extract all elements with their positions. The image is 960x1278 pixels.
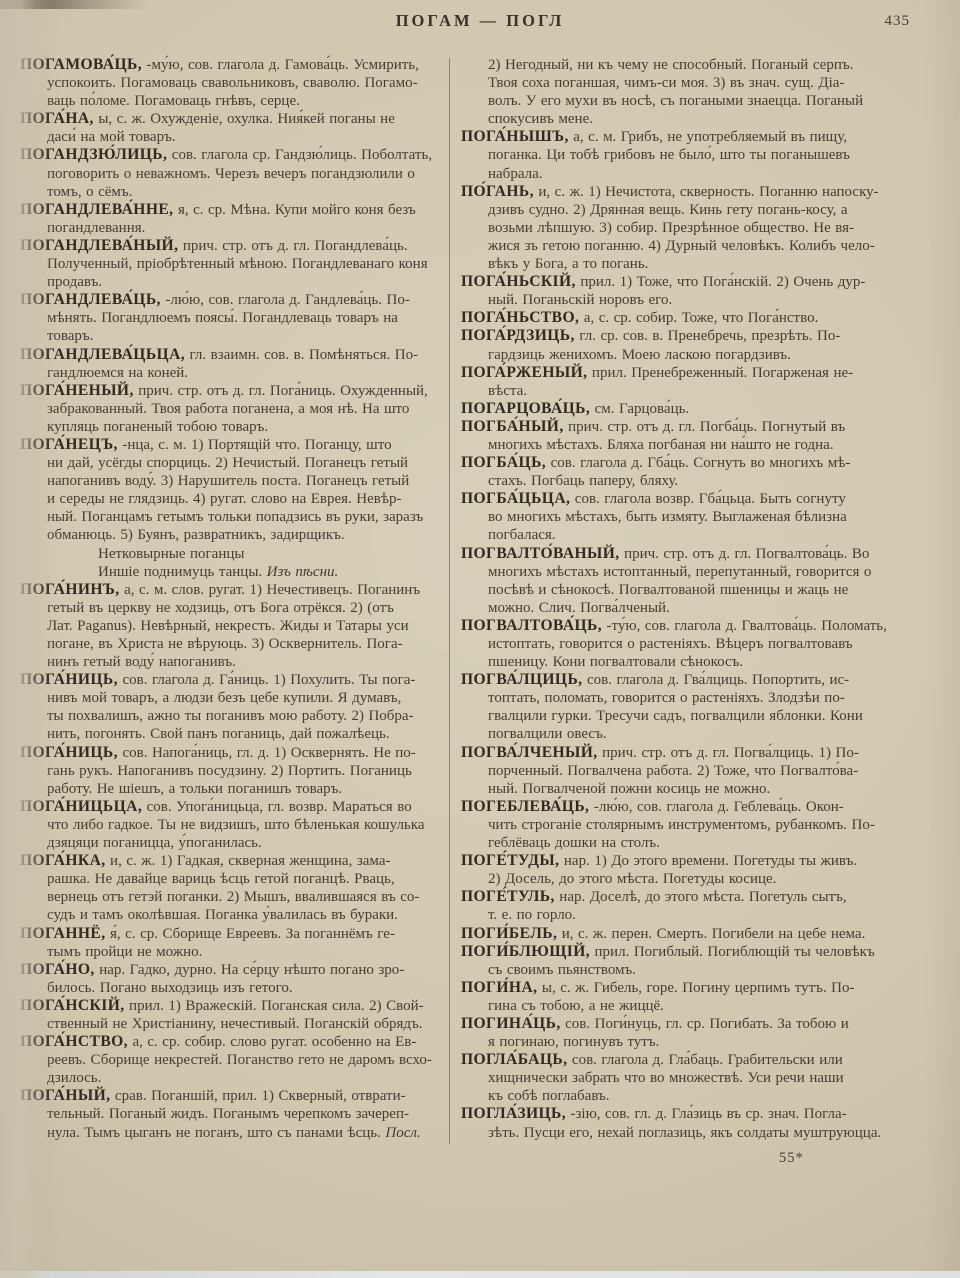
left-text-column: ПОГАМОВА́ЦЬ, -му́ю, сов. глагола д. Гамо… xyxy=(20,56,448,1142)
entry-headword: ПОГА́РДЗИЦЬ, xyxy=(461,327,575,344)
entry-headword: ПОГЕ́ТУЛЬ, xyxy=(461,888,555,905)
dictionary-entry: ПОГЕ́ТУЛЬ, нар. Доселѣ, до этого мѣста. … xyxy=(461,888,917,924)
dictionary-entry: ПОГА́РДЗИЦЬ, гл. ср. сов. в. Пренебречь,… xyxy=(461,327,917,363)
entry-headword: ПОГВАЛТО́ВАНЫЙ, xyxy=(461,545,620,562)
entry-headword: ПОГА́НЕНЫЙ, xyxy=(20,382,134,399)
entry-headword: ПОГБА́ЦЬЦА, xyxy=(461,490,570,507)
page-number: 435 xyxy=(885,13,911,30)
entry-headword: ПОГАНДЛЕВА́ЦЬЦА, xyxy=(20,346,185,363)
entry-headword: ПОГА́НСТВО, xyxy=(20,1033,128,1050)
entry-headword: ПОГВАЛТОВА́ЦЬ, xyxy=(461,617,602,634)
dictionary-entry: ПОГВА́ЛЦИЦЬ, сов. глагола д. Гва́лциць. … xyxy=(461,671,917,743)
dictionary-entry: ПОГЕ́ТУДЫ, нар. 1) До этого времени. Пог… xyxy=(461,852,917,888)
dictionary-entry: ПОГЕБЛЕВА́ЦЬ, -лю́ю, сов. глагола д. Геб… xyxy=(461,798,917,852)
verse-line: Иншіе поднимуць танцы. Изъ пѣсни. xyxy=(20,563,448,581)
verse-source: Изъ пѣсни. xyxy=(267,564,339,580)
dictionary-entry: ПОГИ́НА, ы, с. ж. Гибель, горе. Погину ц… xyxy=(461,979,917,1015)
right-text-column: 2) Негодный, ни къ чему не способный. По… xyxy=(461,56,917,1142)
scanned-dictionary-page: ПОГАМ — ПОГЛ 435 ПОГАМОВА́ЦЬ, -му́ю, сов… xyxy=(0,0,960,1278)
entry-headword: ПОГАРЦОВА́ЦЬ, xyxy=(461,400,590,417)
source-label: Посл. xyxy=(385,1125,420,1141)
entry-headword: ПОГА́НА, xyxy=(20,110,94,127)
entry-headword: ПОГА́РЖЕНЫЙ, xyxy=(461,364,587,381)
entry-headword: ПОГА́НИНЪ, xyxy=(20,581,120,598)
entry-headword: ПО́ГАНЬ, xyxy=(461,183,534,200)
entry-headword: ПОГАНДЛЕВА́ННЕ, xyxy=(20,201,173,218)
dictionary-entry: ПОГА́НЕЦЪ, -нца, с. м. 1) Портящій что. … xyxy=(20,436,448,545)
scan-bottom-edge xyxy=(0,1271,960,1278)
dictionary-entry: ПОГАНДЛЕВА́ННЕ, я, с. ср. Мѣна. Купи мой… xyxy=(20,201,448,237)
dictionary-entry: ПОГИ́БЛЮЩІЙ, прил. Погиблый. Погиблющій … xyxy=(461,943,917,979)
dictionary-entry: ПОГА́НИЦЬЦА, сов. Упога́ницьца, гл. возв… xyxy=(20,798,448,852)
scan-corner-shadow xyxy=(0,0,150,9)
dictionary-entry: ПОГЛА́БАЦЬ, сов. глагола д. Гла́баць. Гр… xyxy=(461,1051,917,1105)
entry-headword: ПОГА́НЕЦЪ, xyxy=(20,436,118,453)
entry-headword: ПОГА́НЫЙ, xyxy=(20,1087,110,1104)
entry-headword: ПОГА́НИЦЬ, xyxy=(20,671,118,688)
entry-headword: ПОГВА́ЛЧЕНЫЙ, xyxy=(461,744,598,761)
entry-headword: ПОГВА́ЛЦИЦЬ, xyxy=(461,671,582,688)
verse-line: Нетковырные поганцы xyxy=(20,545,448,563)
printer-signature-mark: 55* xyxy=(779,1150,804,1167)
dictionary-entry: ПОГА́НЕНЫЙ, прич. стр. отъ д. гл. Пога́н… xyxy=(20,382,448,436)
dictionary-entry: ПОГАНДЗЮ́ЛИЦЬ, сов. глагола ср. Гандзю́л… xyxy=(20,146,448,200)
entry-headword: ПОГА́НИЦЬЦА, xyxy=(20,798,142,815)
dictionary-entry: ПОГА́НСКІЙ, прил. 1) Вражескій. Поганска… xyxy=(20,997,448,1033)
entry-headword: ПОГА́НЫШЪ, xyxy=(461,128,569,145)
entry-headword: ПОГЕ́ТУДЫ, xyxy=(461,852,559,869)
dictionary-entry: ПОГИНА́ЦЬ, сов. Поги́нуць, гл. ср. Погиб… xyxy=(461,1015,917,1051)
dictionary-entry: ПОГБА́НЫЙ, прич. стр. отъ д. гл. Погба́ц… xyxy=(461,418,917,454)
dictionary-entry: ПОГА́НИЦЬ, сов. глагола д. Га́ниць. 1) П… xyxy=(20,671,448,743)
entry-headword: ПОГИ́БЕЛЬ, xyxy=(461,925,557,942)
column-divider-rule xyxy=(449,58,450,1144)
dictionary-entry: ПОГВА́ЛЧЕНЫЙ, прич. стр. отъ д. гл. Погв… xyxy=(461,744,917,798)
entry-headword: ПОГБА́НЫЙ, xyxy=(461,418,564,435)
entry-headword: ПОГИНА́ЦЬ, xyxy=(461,1015,561,1032)
guide-words: ПОГАМ — ПОГЛ xyxy=(0,11,960,31)
dictionary-entry: ПОГВАЛТОВА́ЦЬ, -ту́ю, сов. глагола д. Гв… xyxy=(461,617,917,671)
running-head: ПОГАМ — ПОГЛ 435 xyxy=(0,11,960,35)
dictionary-entry: ПОГА́РЖЕНЫЙ, прил. Пренебреженный. Погар… xyxy=(461,364,917,400)
dictionary-entry: ПОГА́НЫЙ, срав. Поганшій, прил. 1) Сквер… xyxy=(20,1087,448,1141)
entry-headword: ПОГА́НКА, xyxy=(20,852,106,869)
entry-headword: ПОГБА́ЦЬ, xyxy=(461,454,546,471)
dictionary-entry: ПОГЛА́ЗИЦЬ, -зію, сов. гл. д. Гла́зиць в… xyxy=(461,1105,917,1141)
entry-headword: ПОГАНДЛЕВА́НЫЙ, xyxy=(20,237,178,254)
entry-headword: ПОГЛА́ЗИЦЬ, xyxy=(461,1105,566,1122)
entry-headword: ПОГИ́НА, xyxy=(461,979,537,996)
entry-headword: ПОГАНДЗЮ́ЛИЦЬ, xyxy=(20,146,167,163)
entry-headword: ПОГА́НО, xyxy=(20,961,95,978)
dictionary-entry: ПОГА́НИНЪ, а, с. м. слов. ругат. 1) Нече… xyxy=(20,581,448,671)
dictionary-entry: ПОГАРЦОВА́ЦЬ, см. Гарцова́ць. xyxy=(461,400,917,418)
entry-headword: ПОГА́НИЦЬ, xyxy=(20,744,118,761)
dictionary-entry: ПОГАНДЛЕВА́НЫЙ, прич. стр. отъ д. гл. По… xyxy=(20,237,448,291)
dictionary-entry: ПОГАНДЛЕВА́ЦЬ, -лю́ю, сов. глагола д. Га… xyxy=(20,291,448,345)
dictionary-entry: ПОГА́НИЦЬ, сов. Напога́ниць, гл. д. 1) О… xyxy=(20,744,448,798)
entry-headword: ПОГИ́БЛЮЩІЙ, xyxy=(461,943,590,960)
dictionary-entry: ПОГАННЁ, я́, с. ср. Сборище Евреевъ. За … xyxy=(20,925,448,961)
dictionary-entry: ПО́ГАНЬ, и, с. ж. 1) Нечистота, сквернос… xyxy=(461,183,917,273)
dictionary-entry: ПОГАМОВА́ЦЬ, -му́ю, сов. глагола д. Гамо… xyxy=(20,56,448,110)
dictionary-entry: ПОГА́НЬСКІЙ, прил. 1) Тоже, что Пога́нск… xyxy=(461,273,917,309)
dictionary-entry: ПОГВАЛТО́ВАНЫЙ, прич. стр. отъ д. гл. По… xyxy=(461,545,917,617)
entry-headword: ПОГА́НЬСТВО, xyxy=(461,309,579,326)
dictionary-entry: ПОГА́НКА, и, с. ж. 1) Гадкая, скверная ж… xyxy=(20,852,448,924)
dictionary-entry: ПОГА́НА, ы, с. ж. Охужденіе, охулка. Ния… xyxy=(20,110,448,146)
entry-headword: ПОГАНДЛЕВА́ЦЬ, xyxy=(20,291,161,308)
dictionary-entry: ПОГА́НО, нар. Гадко, дурно. На се́рцу нѣ… xyxy=(20,961,448,997)
dictionary-entry: ПОГБА́ЦЬЦА, сов. глагола возвр. Гба́цьца… xyxy=(461,490,917,544)
dictionary-entry: ПОГА́НЫШЪ, а, с. м. Грибъ, не употребляе… xyxy=(461,128,917,182)
entry-headword: ПОГЕБЛЕВА́ЦЬ, xyxy=(461,798,589,815)
dictionary-entry: ПОГА́НСТВО, а, с. ср. собир. слово ругат… xyxy=(20,1033,448,1087)
dictionary-entry: ПОГА́НЬСТВО, а, с. ср. собир. Тоже, что … xyxy=(461,309,917,327)
dictionary-entry: ПОГБА́ЦЬ, сов. глагола д. Гба́ць. Согнут… xyxy=(461,454,917,490)
entry-headword: ПОГА́НЬСКІЙ, xyxy=(461,273,576,290)
entry-headword: ПОГЛА́БАЦЬ, xyxy=(461,1051,567,1068)
dictionary-entry: 2) Негодный, ни къ чему не способный. По… xyxy=(461,56,917,128)
dictionary-entry: ПОГАНДЛЕВА́ЦЬЦА, гл. взаимн. сов. в. Пом… xyxy=(20,346,448,382)
entry-headword: ПОГАМОВА́ЦЬ, xyxy=(20,56,142,73)
entry-headword: ПОГА́НСКІЙ, xyxy=(20,997,125,1014)
dictionary-entry: ПОГИ́БЕЛЬ, и, с. ж. перен. Смерть. Погиб… xyxy=(461,925,917,943)
entry-headword: ПОГАННЁ, xyxy=(20,925,106,942)
